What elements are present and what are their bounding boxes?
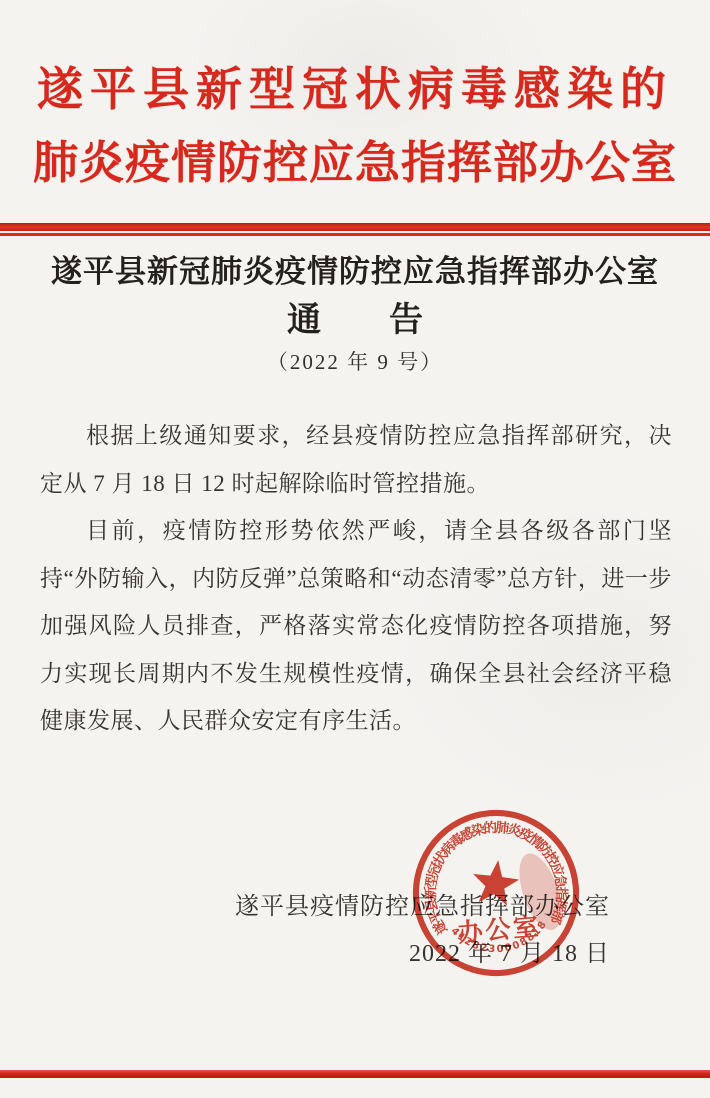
letterhead-line2: 肺炎疫情防控应急指挥部办公室: [0, 127, 710, 200]
rule-thin: [0, 233, 710, 236]
notice-body: 根据上级通知要求，经县疫情防控应急指挥部研究，决定从 7 月 18 日 12 时…: [40, 412, 672, 745]
notice-title-line1: 遂平县新冠肺炎疫情防控应急指挥部办公室: [0, 250, 710, 294]
red-double-rule: [0, 223, 710, 236]
rule-thick: [0, 223, 710, 231]
notice-document-page: 遂平县新型冠状病毒感染的 肺炎疫情防控应急指挥部办公室 遂平县新冠肺炎疫情防控应…: [0, 0, 710, 1098]
body-paragraph-2: 目前，疫情防控形势依然严峻，请全县各级各部门坚持“外防输入，内防反弹”总策略和“…: [40, 507, 672, 745]
document-number: （2022 年 9 号）: [0, 346, 710, 376]
notice-title-line2: 通 告: [0, 298, 710, 344]
body-paragraph-1: 根据上级通知要求，经县疫情防控应急指挥部研究，决定从 7 月 18 日 12 时…: [40, 412, 672, 507]
footer-red-rule: [0, 1070, 710, 1078]
seal-star-icon: [470, 857, 521, 906]
notice-title: 遂平县新冠肺炎疫情防控应急指挥部办公室 通 告: [0, 250, 710, 344]
signature-block: 遂平县疫情防控应急指挥部办公室 2022 年 7 月 18 日: [0, 884, 710, 978]
official-seal: 遂平县新型冠状病毒感染的肺炎疫情防控应急指挥部 办公室 412823000881…: [402, 799, 591, 988]
official-seal-graphic: 遂平县新型冠状病毒感染的肺炎疫情防控应急指挥部 办公室 412823000881…: [402, 799, 591, 988]
letterhead-line1: 遂平县新型冠状病毒感染的: [0, 52, 710, 127]
